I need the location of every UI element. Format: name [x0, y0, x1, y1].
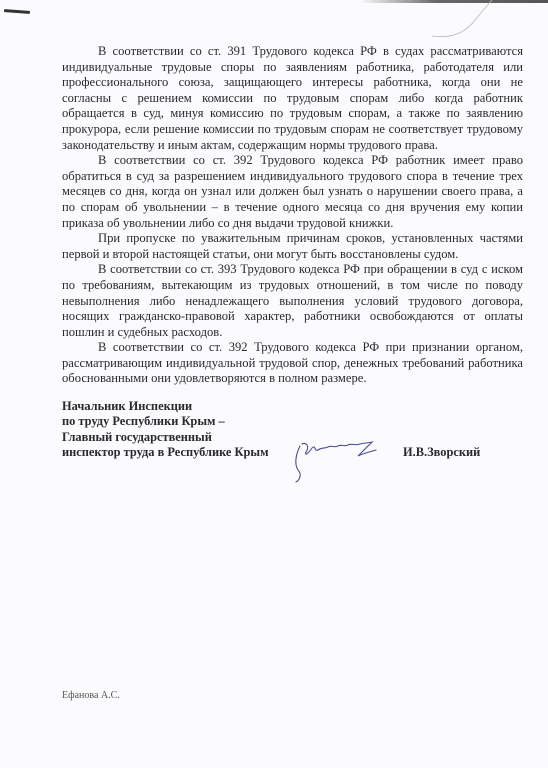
paragraph-art-392-term: В соответствии со ст. 392 Трудового коде…: [62, 153, 523, 231]
paper-crease-line: [430, 0, 510, 40]
signatory-title-line: Начальник Инспекции: [62, 399, 523, 414]
signature-block: Начальник Инспекции по труду Республики …: [62, 399, 523, 461]
document-body: В соответствии со ст. 391 Трудового коде…: [62, 44, 523, 387]
paragraph-term-restoration: При пропуске по уважительным причинам ср…: [62, 231, 523, 262]
paragraph-art-393: В соответствии со ст. 393 Трудового коде…: [62, 262, 523, 340]
executor-name: Ефанова А.С.: [62, 690, 120, 701]
paragraph-art-392-claims: В соответствии со ст. 392 Трудового коде…: [62, 340, 523, 387]
signatory-name: И.В.Зворский: [403, 445, 480, 460]
handwritten-signature-icon: [290, 434, 390, 484]
paragraph-art-391: В соответствии со ст. 391 Трудового коде…: [62, 44, 523, 153]
signatory-title-line: по труду Республики Крым –: [62, 414, 523, 429]
scan-corner-mark: [4, 9, 30, 14]
